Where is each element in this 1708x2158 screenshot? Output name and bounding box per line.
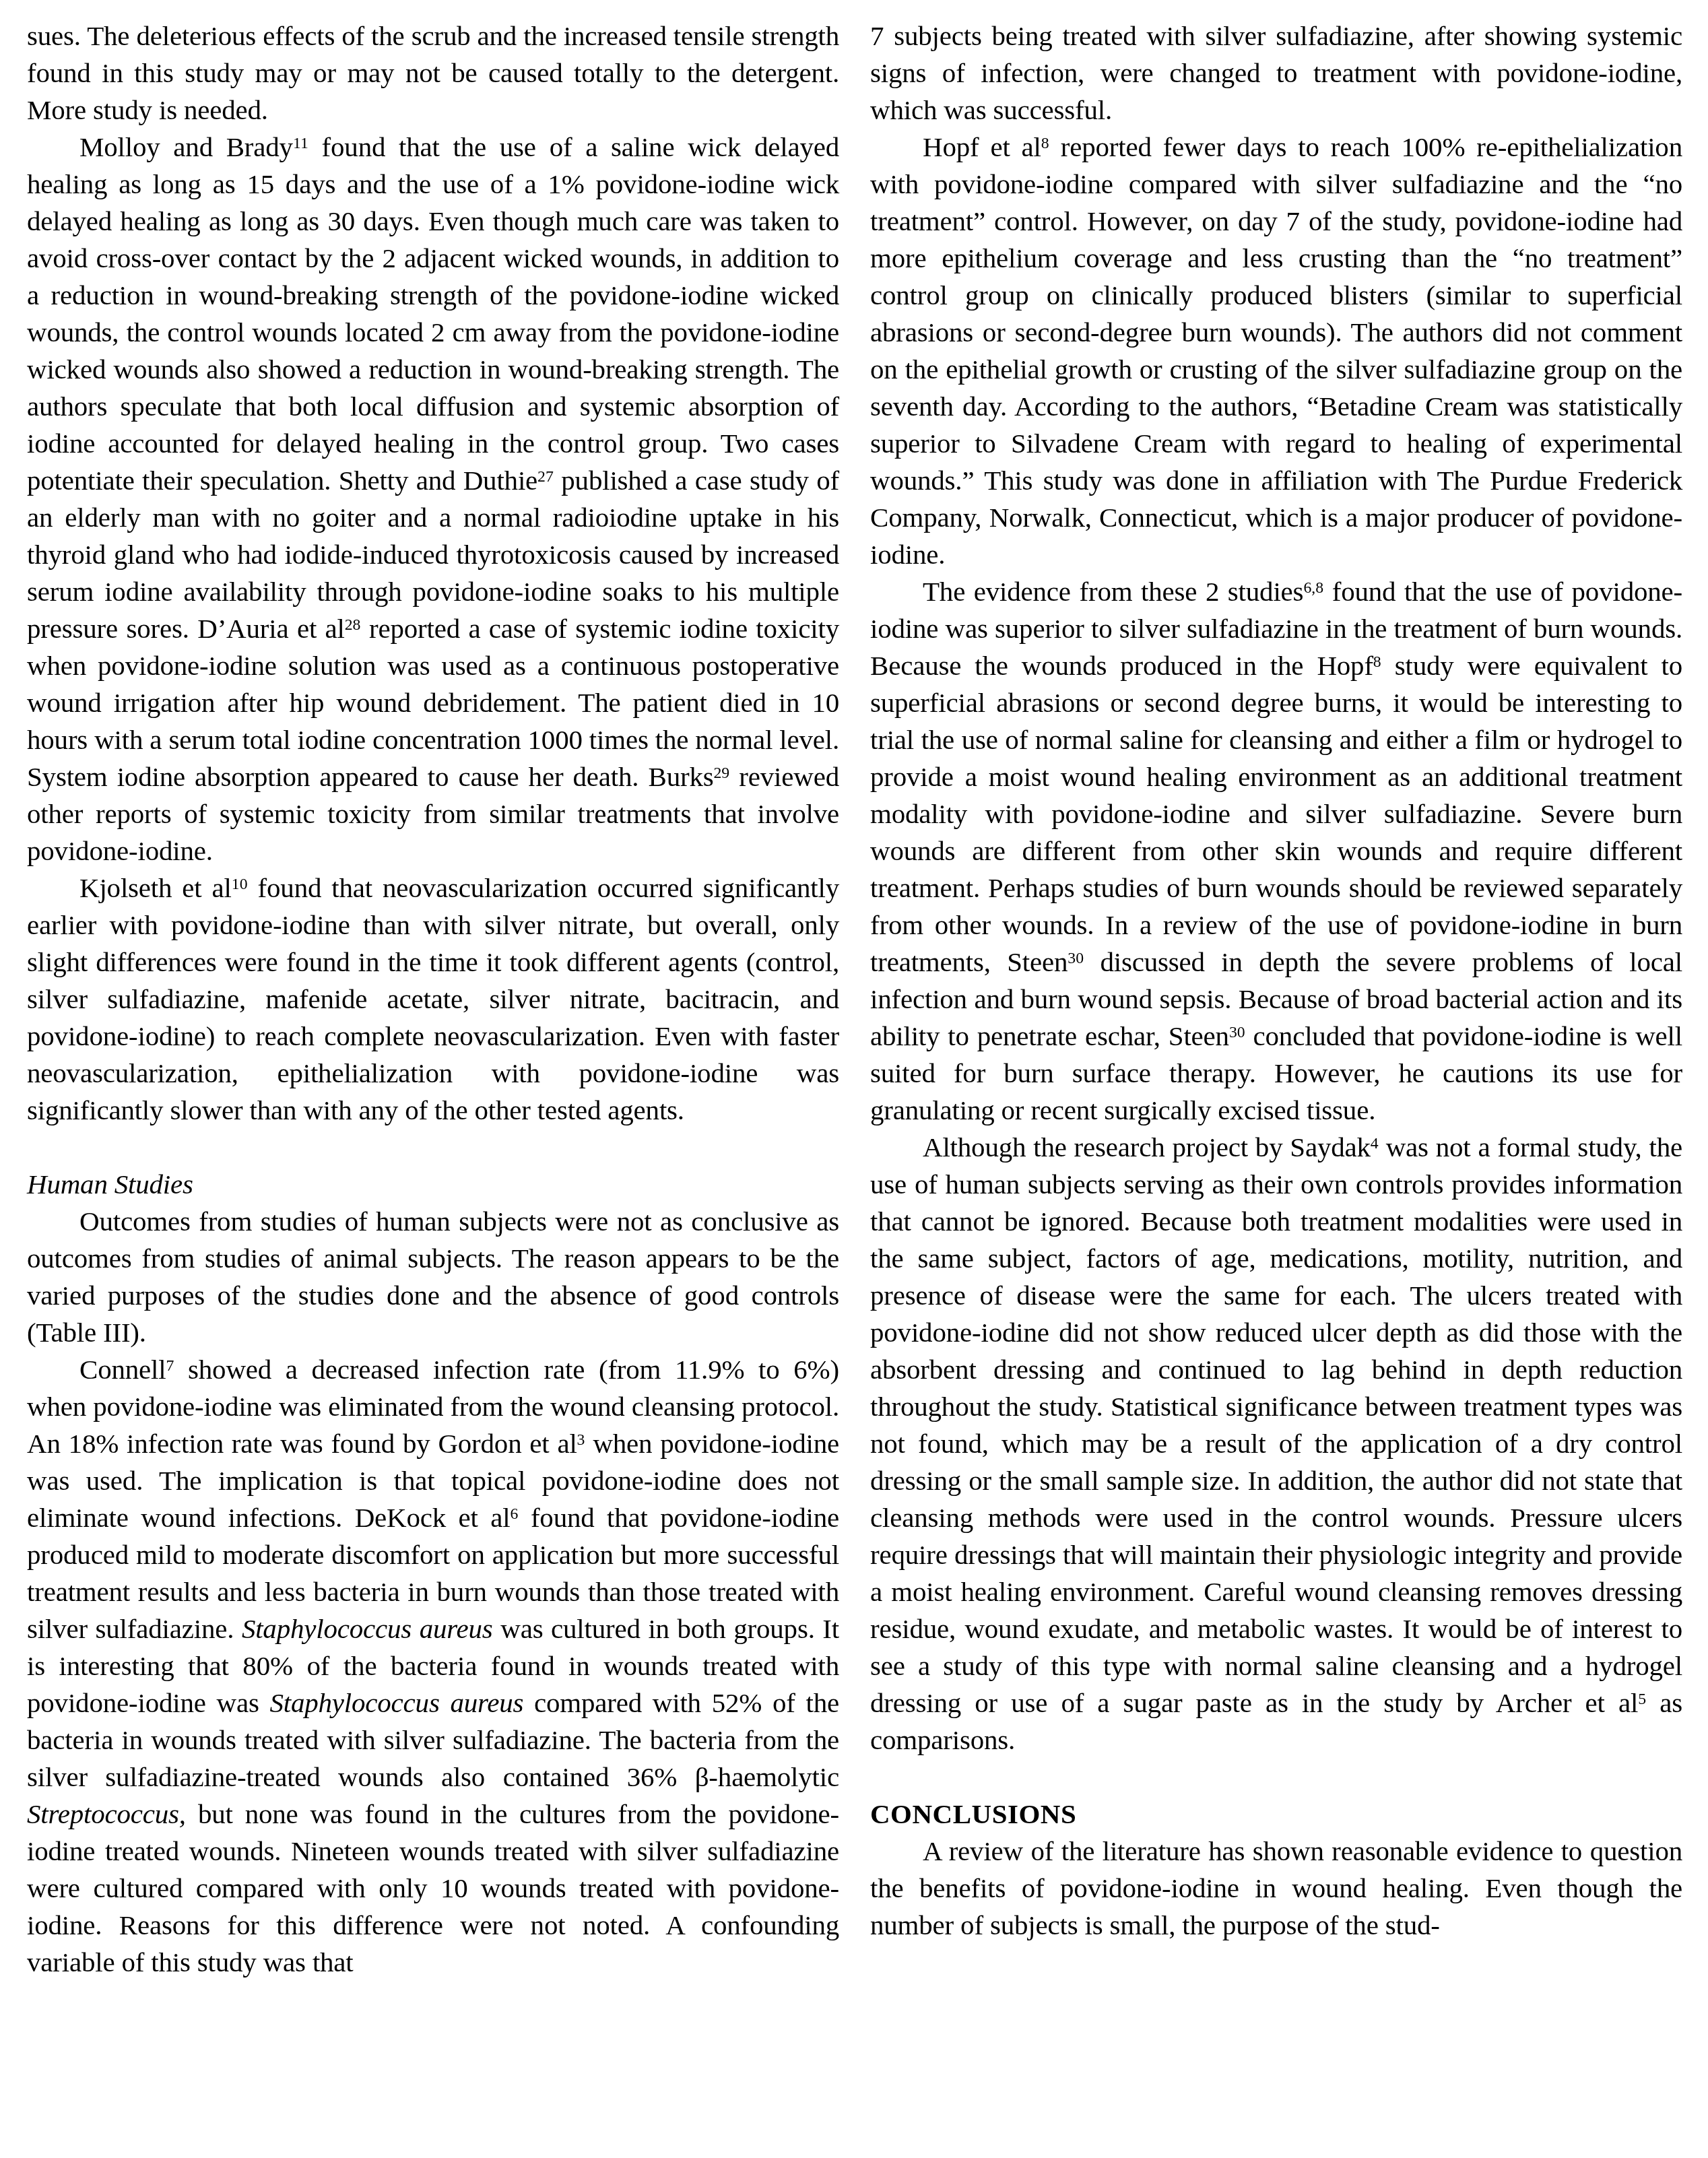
paragraph: Kjolseth et al10 found that neovasculari… — [27, 870, 839, 1129]
reference-superscript: 8 — [1041, 135, 1049, 152]
section-heading-human-studies: Human Studies — [27, 1166, 839, 1203]
reference-superscript: 5 — [1638, 1691, 1646, 1708]
paragraph: The evidence from these 2 studies6,8 fou… — [870, 573, 1682, 1129]
reference-superscript: 6 — [510, 1505, 518, 1523]
body-text: Hopf et al — [923, 131, 1041, 162]
body-text: Although the research project by Saydak — [923, 1132, 1371, 1163]
body-text: reported fewer days to reach 100% re-epi… — [870, 131, 1682, 570]
reference-superscript: 27 — [537, 468, 554, 486]
paragraph: 7 subjects being treated with silver sul… — [870, 18, 1682, 129]
italic-term: Streptococcus, — [27, 1798, 186, 1829]
paragraph: Although the research project by Saydak4… — [870, 1129, 1682, 1759]
paragraph: Connell7 showed a decreased infection ra… — [27, 1351, 839, 1981]
reference-superscript: 8 — [1373, 653, 1381, 671]
reference-superscript: 30 — [1229, 1024, 1245, 1041]
italic-term: Staphylococcus aureus — [242, 1613, 493, 1644]
paragraph: A review of the literature has shown rea… — [870, 1833, 1682, 1944]
right-column: 7 subjects being treated with silver sul… — [870, 18, 1682, 2158]
body-text: The evidence from these 2 studies — [923, 576, 1303, 607]
body-text: Molloy and Brady — [79, 131, 293, 162]
body-text: A review of the literature has shown rea… — [870, 1835, 1682, 1940]
page: sues. The deleterious effects of the scr… — [0, 0, 1708, 2158]
section-heading-conclusions: CONCLUSIONS — [870, 1796, 1682, 1833]
body-text: 7 subjects being treated with silver sul… — [870, 20, 1682, 125]
body-text: Connell — [79, 1354, 166, 1385]
reference-superscript: 10 — [232, 876, 248, 893]
reference-superscript: 11 — [293, 135, 308, 152]
reference-superscript: 30 — [1067, 950, 1084, 967]
reference-superscript: 29 — [713, 764, 729, 782]
paragraph: sues. The deleterious effects of the scr… — [27, 18, 839, 129]
reference-superscript: 6,8 — [1303, 579, 1323, 597]
reference-superscript: 3 — [577, 1431, 585, 1449]
reference-superscript: 4 — [1371, 1135, 1379, 1152]
body-text: was not a formal study, the use of human… — [870, 1132, 1682, 1718]
body-text: Outcomes from studies of human subjects … — [27, 1206, 839, 1348]
body-text: found that neovascularization occurred s… — [27, 872, 839, 1125]
body-text: sues. The deleterious effects of the scr… — [27, 20, 839, 125]
body-text: study were equivalent to superficial abr… — [870, 650, 1682, 977]
body-text: CONCLUSIONS — [870, 1798, 1076, 1829]
left-column: sues. The deleterious effects of the scr… — [27, 18, 839, 2158]
reference-superscript: 28 — [345, 616, 361, 634]
body-text: found that the use of a saline wick dela… — [27, 131, 839, 496]
reference-superscript: 7 — [166, 1357, 174, 1375]
body-text: Human Studies — [27, 1169, 193, 1200]
paragraph: Molloy and Brady11 found that the use of… — [27, 129, 839, 870]
italic-term: Staphylococcus aureus — [269, 1687, 523, 1718]
paragraph: Hopf et al8 reported fewer days to reach… — [870, 129, 1682, 573]
paragraph: Outcomes from studies of human subjects … — [27, 1203, 839, 1351]
body-text: Kjolseth et al — [79, 872, 232, 903]
